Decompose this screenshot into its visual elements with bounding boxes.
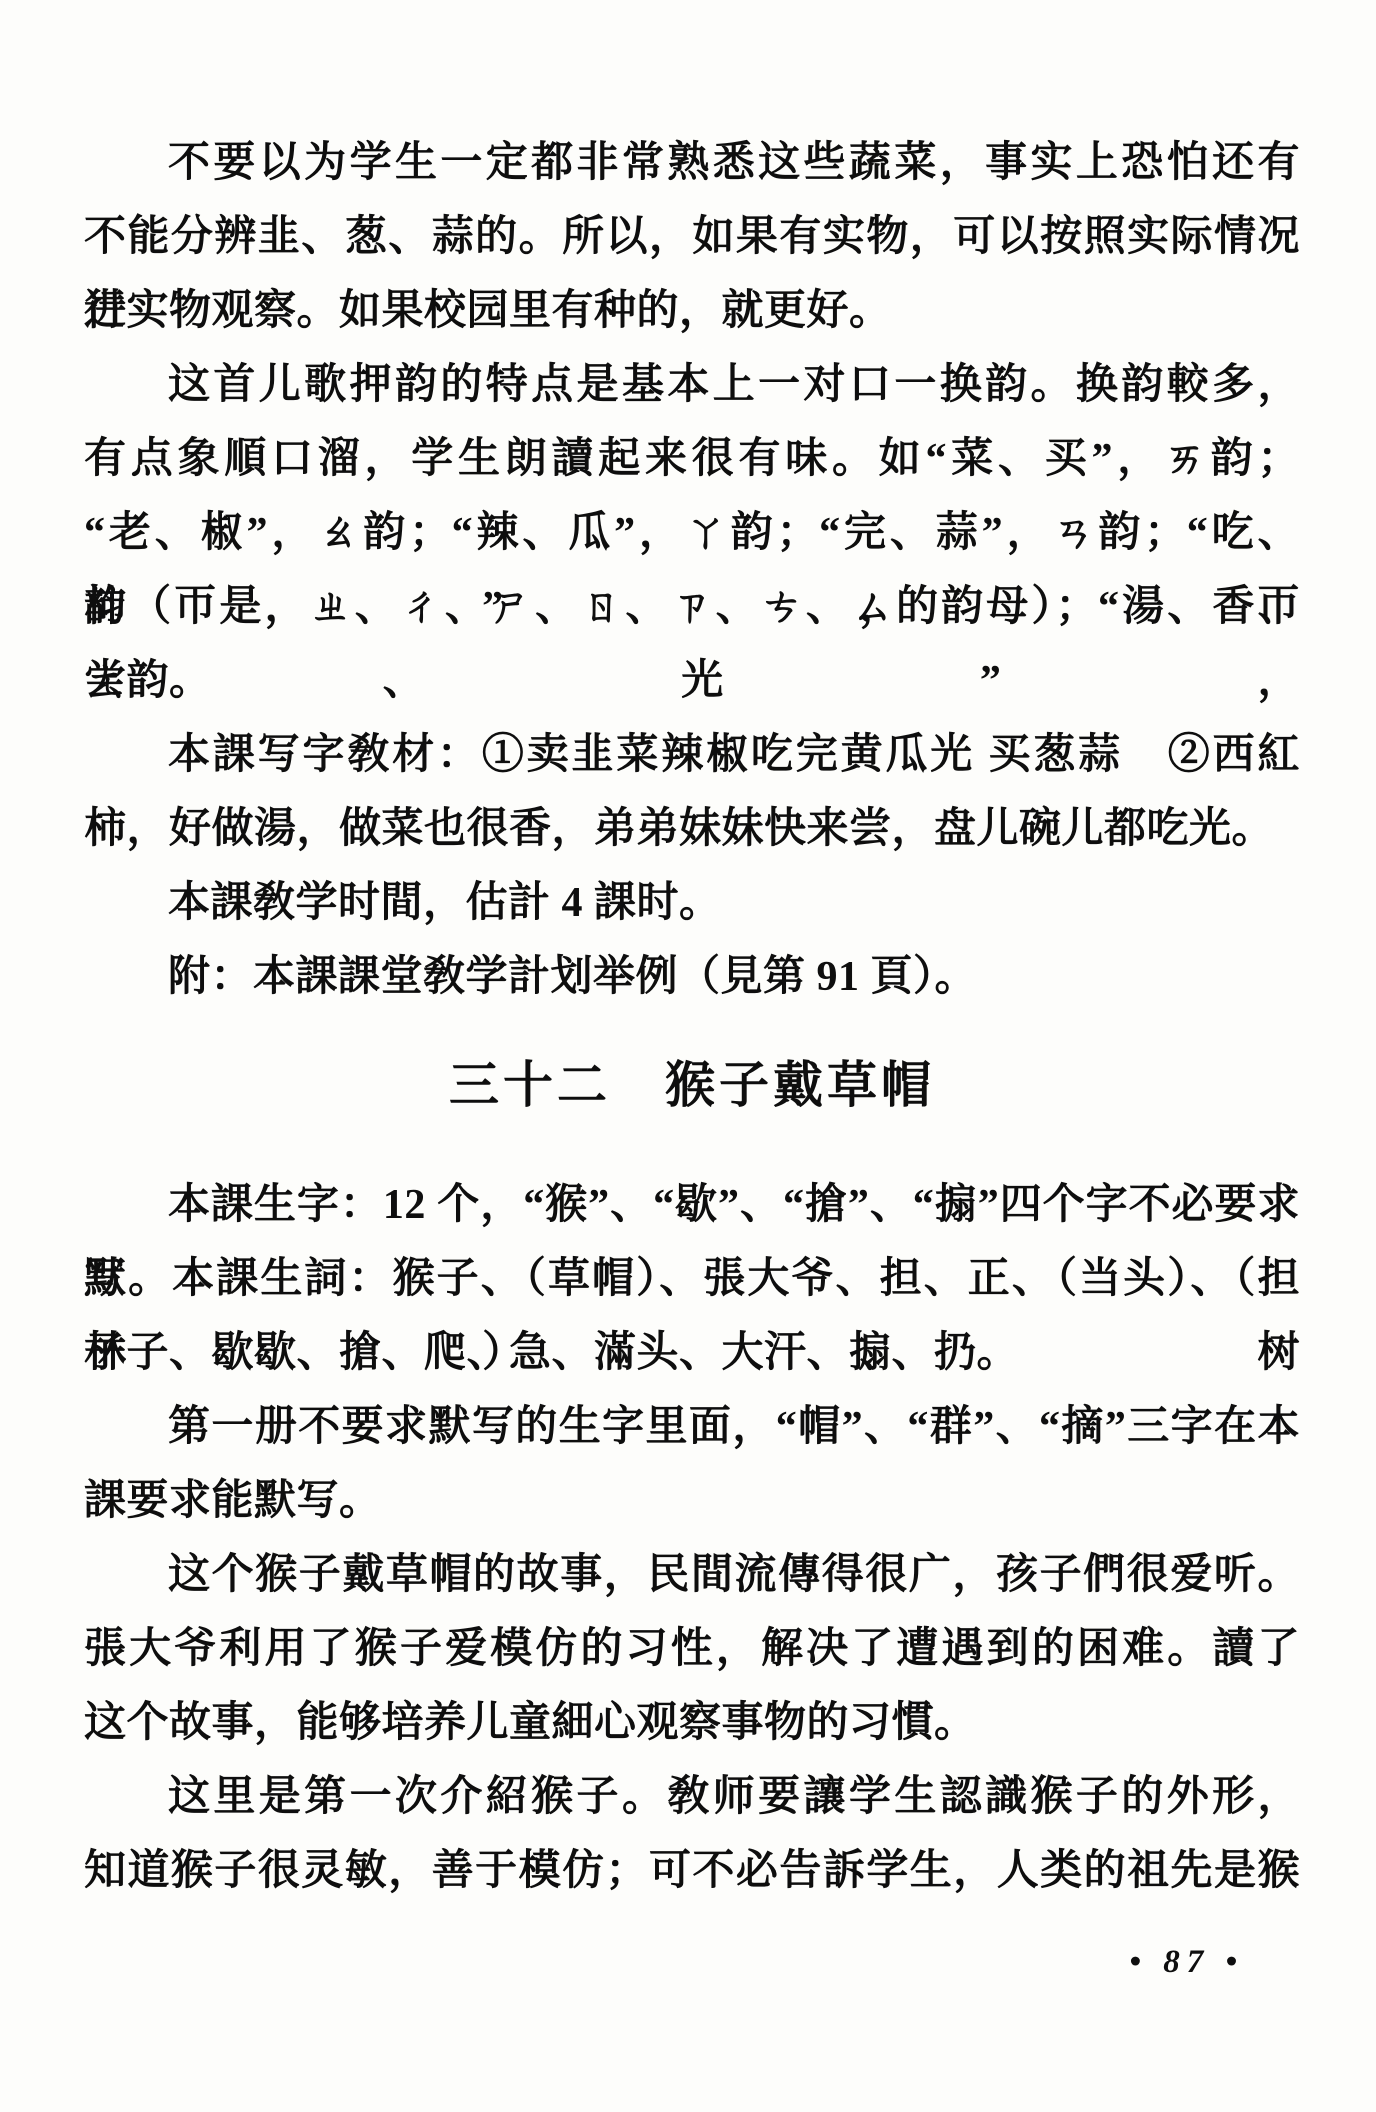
text-line: 附：本課課堂敎学計划举例（見第 91 頁）。 (84, 940, 1300, 1014)
text-line: 本課敎学时間，估計 4 課时。 (84, 866, 1300, 940)
text-line: 有点象順口溜，学生朗讀起来很有味。如“菜、买”，ㄞ韵； (84, 422, 1300, 496)
text-line: 这首儿歌押韵的特点是基本上一对口一换韵。换韵較多， (84, 348, 1300, 422)
text-line: 写。本課生詞：猴子、（草帽）、張大爷、担、正、（当头）、（担子）、树 (84, 1242, 1300, 1316)
text-line: 这个猴子戴草帽的故事，民間流傳得很广，孩子們很爱听。 (84, 1538, 1300, 1612)
text-line: 張大爷利用了猴子爱模仿的习性，解决了遭遇到的困难。讀了 (84, 1612, 1300, 1686)
text-line: 不要以为学生一定都非常熟悉这些蔬菜，事实上恐怕还有 (84, 126, 1300, 200)
text-line: 課要求能默写。 (84, 1464, 1300, 1538)
page-text: 不要以为学生一定都非常熟悉这些蔬菜，事实上恐怕还有不能分辨韭、葱、蒜的。所以，如… (84, 126, 1300, 1908)
text-line: 韵（帀是，ㄓ、ㄔ、ㄕ、ㄖ、ㄗ、ㄘ、ㄙ的韵母）；“湯、香、尝、光”， (84, 570, 1300, 644)
text-line: 知道猴子很灵敏，善于模仿；可不必告訴学生，人类的祖先是猴 (84, 1834, 1300, 1908)
book-page: 不要以为学生一定都非常熟悉这些蔬菜，事实上恐怕还有不能分辨韭、葱、蒜的。所以，如… (0, 0, 1376, 2112)
page-number: • 87 • (1129, 1944, 1244, 1981)
text-line: 这个故事，能够培养儿童細心观察事物的习慣。 (84, 1686, 1300, 1760)
text-line: 第一册不要求默写的生字里面，“帽”、“群”、“摘”三字在本 (84, 1390, 1300, 1464)
text-line: “老、椒”，ㄠ韵；“辣、瓜”，ㄚ韵；“完、蒜”，ㄢ韵；“吃、柿”，帀 (84, 496, 1300, 570)
text-line: 柿，好做湯，做菜也很香，弟弟妹妹快来尝，盘儿碗儿都吃光。 (84, 792, 1300, 866)
text-line: 这里是第一次介紹猴子。敎师要讓学生認識猴子的外形， (84, 1760, 1300, 1834)
section-heading: 三十二 猴子戴草帽 (84, 1030, 1300, 1140)
text-line: 本課写字敎材：①卖韭菜辣椒吃完黄瓜光 买葱蒜 ②西紅 (84, 718, 1300, 792)
text-line: 本課生字：12 个，“猴”、“歇”、“搶”、“搧”四个字不必要求默 (84, 1168, 1300, 1242)
text-line: 行实物观察。如果校园里有种的，就更好。 (84, 274, 1300, 348)
text-line: 不能分辨韭、葱、蒜的。所以，如果有实物，可以按照实际情况进 (84, 200, 1300, 274)
